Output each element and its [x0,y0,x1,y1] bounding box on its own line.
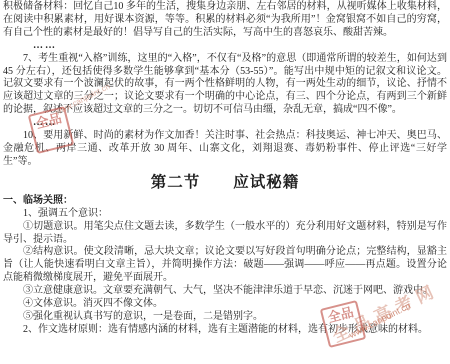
paragraph: 2、作文选材原则：选有情感内涵的材料，选有主题潜能的材料，选有初步形式意味的材料… [3,324,447,337]
section-heading: 第二节 应试秘籍 [3,173,447,192]
paragraph: ④文体意识。消灭四不像文体。 [3,298,447,311]
ellipsis-separator: …… [33,117,447,130]
paragraph: 7、考生重视“入格”训练，这里的“入格”，不仅有“及格”的意思（即通常所谓的较差… [3,53,447,118]
section-subheading: 一、临场关照： [3,195,447,208]
document-body: 积极储备材料：回忆自己10 多年的生活，搜集身边亲朋、左右邻居的材料，从视听媒体… [0,0,450,337]
document-page: 积极储备材料：回忆自己10 多年的生活，搜集身边亲朋、左右邻居的材料，从视听媒体… [0,0,450,364]
paragraph: ②结构意识。使文段清晰，忌大块文章；议论文要以写好段首句明确分论点；完整结构，显… [3,246,447,285]
paragraph: ⑤强化重视认真书写的意识，一是卷面，二是错别字。 [3,311,447,324]
paragraph: 1、强调五个意识： [3,208,447,221]
paragraph: ③立意健康意识。文章要充满朝气、大气，坚决不能津津乐道于早恋、沉迷于网吧、游戏中… [3,285,447,298]
paragraph: 积极储备材料：回忆自己10 多年的生活，搜集身边亲朋、左右邻居的材料，从视听媒体… [3,1,447,40]
paragraph: ①切题意识。用笔尖点住文题去读，多数学生（一般水平的）充分利用好文题材料，特别是… [3,221,447,247]
ellipsis-separator: …… [33,40,447,53]
paragraph: 10、要用新鲜、时尚的素材为作文加香！关注时事、社会热点：科技奥运、神七冲天、奥… [3,130,447,169]
